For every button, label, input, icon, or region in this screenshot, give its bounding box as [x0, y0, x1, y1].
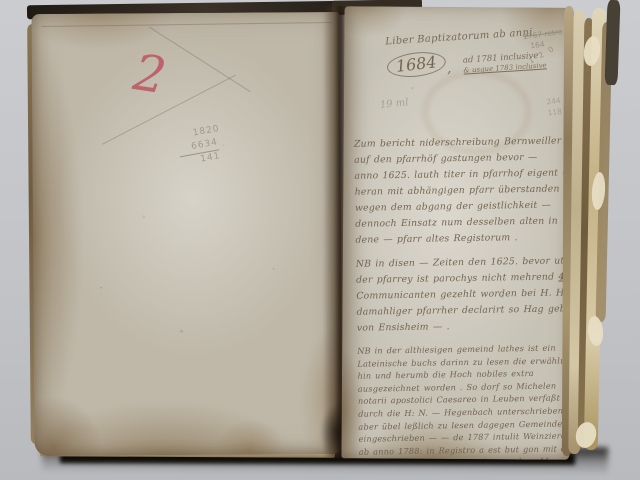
- page-crease: [42, 22, 332, 27]
- fore-edge-dark-sliver: [605, 0, 621, 85]
- manuscript-text: Zum bericht niderschreibung Bernweillera…: [354, 133, 571, 459]
- red-folio-number: 2: [130, 47, 169, 101]
- faint-pencil-note: 19 ml: [379, 97, 409, 111]
- circled-year: 1684: [386, 49, 447, 80]
- handwritten-line: damahliger pfarrher declarirt so Hag geb…: [356, 301, 568, 320]
- pencil-number: 118: [547, 106, 562, 119]
- manuscript-paragraph: NB in der althiesigen gemeind lathes ist…: [357, 341, 571, 459]
- year-comma: ,: [446, 60, 451, 76]
- handwritten-line: dennoch Einsatz num desselben alten in: [355, 213, 567, 232]
- corner-pencil-notes: 1767 retro 164 1 2 0: [523, 27, 566, 62]
- photo-stage: 2 18206634141 Liber Baptizatorum ab anni…: [0, 0, 640, 480]
- manuscript-paragraph: Zum bericht niderschreibung Bernweillera…: [354, 133, 568, 248]
- handwritten-line: dene — pfarr altes Registorum .: [355, 229, 567, 248]
- left-page: 2 18206634141: [31, 12, 342, 456]
- manuscript-paragraph: NB in disen — Zeiten den 1625. bevor ut …: [356, 253, 569, 336]
- handwritten-line: von Ensisheim — .: [357, 317, 569, 336]
- pencil-calculation: 18206634141: [175, 124, 222, 171]
- right-page: Liber Baptizatorum ab anni 1684 , ad 178…: [341, 6, 572, 460]
- mid-pencil-notes: 244 118: [546, 95, 563, 119]
